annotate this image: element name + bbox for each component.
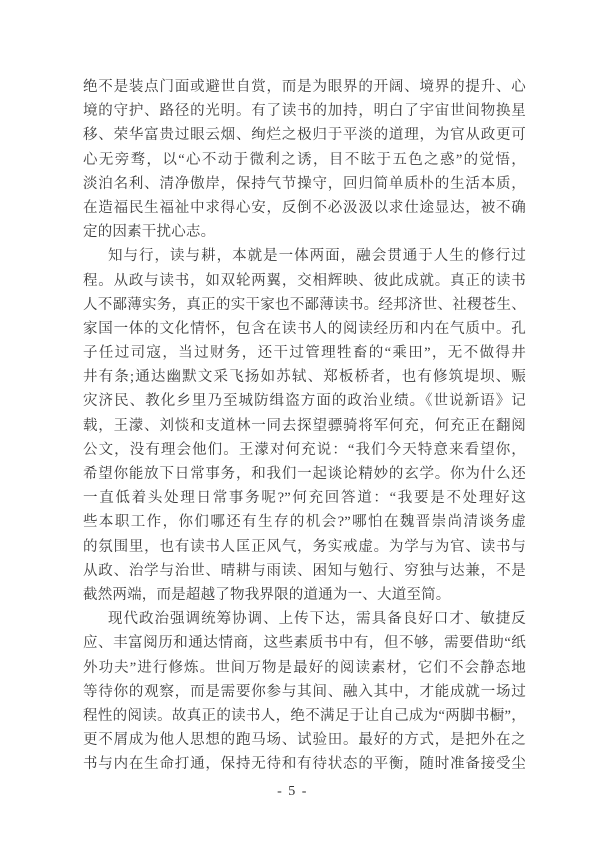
text-line: 截然两端，而是超越了物我界限的道通为一、大道至简。 [83, 583, 526, 607]
text-line: 心无旁骛，以“心不动于微利之诱，目不眩于五色之惑”的觉悟， [83, 148, 526, 172]
text-line: 程性的阅读。故真正的读书人，绝不满足于让自己成为“两脚书橱”， [83, 704, 526, 728]
text-body: 绝不是装点门面或避世自赏，而是为眼界的开阔、境界的提升、心境的守护、路径的光明。… [83, 75, 526, 776]
paragraph: 知与行，读与耕，本就是一体两面，融会贯通于人生的修行过程。从政与读书，如双轮两翼… [83, 244, 526, 607]
page-number: - 5 - [0, 784, 585, 800]
text-line: 境的守护、路径的光明。有了读书的加持，明白了宇宙世间物换星 [83, 99, 526, 123]
text-line: 外功夫”进行修炼。世间万物是最好的阅读素材，它们不会静态地 [83, 656, 526, 680]
text-line: 程。从政与读书，如双轮两翼，交相辉映、彼此成就。真正的读书 [83, 269, 526, 293]
text-line: 人不鄙薄实务，真正的实干家也不鄙薄读书。经邦济世、社稷苍生、 [83, 293, 526, 317]
text-line: 家国一体的文化情怀，包含在读书人的阅读经历和内在气质中。孔 [83, 317, 526, 341]
text-line: 现代政治强调统筹协调、上传下达，需具备良好口才、敏捷反 [83, 607, 526, 631]
text-line: 子任过司寇，当过财务，还干过管理牲畜的“乘田”，无不做得井 [83, 341, 526, 365]
text-line: 些本职工作，你们哪还有生存的机会?”哪怕在魏晋崇尚清谈务虚 [83, 510, 526, 534]
text-line: 淡泊名利、清净傲岸，保持气节操守，回归简单质朴的生活本质， [83, 172, 526, 196]
text-line: 移、荣华富贵过眼云烟、绚烂之极归于平淡的道理，为官从政更可 [83, 123, 526, 147]
document-page: 绝不是装点门面或避世自赏，而是为眼界的开阔、境界的提升、心境的守护、路径的光明。… [0, 0, 600, 849]
text-line: 的氛围里，也有读书人匡正风气，务实戒虚。为学与为官、读书与 [83, 535, 526, 559]
text-line: 载，王濛、刘惔和支道林一同去探望骠骑将军何充，何充正在翻阅 [83, 414, 526, 438]
text-line: 希望你能放下日常事务，和我们一起谈论精妙的玄学。你为什么还 [83, 462, 526, 486]
text-line: 知与行，读与耕，本就是一体两面，融会贯通于人生的修行过 [83, 244, 526, 268]
text-line: 更不屑成为他人思想的跑马场、试验田。最好的方式，是把外在之 [83, 728, 526, 752]
text-line: 定的因素干扰心志。 [83, 220, 526, 244]
text-line: 井有条;通达幽默文采飞扬如苏轼、郑板桥者，也有修筑堤坝、赈 [83, 365, 526, 389]
paragraph: 现代政治强调统筹协调、上传下达，需具备良好口才、敏捷反应、丰富阅历和通达情商，这… [83, 607, 526, 776]
text-line: 一直低着头处理日常事务呢?”何充回答道：“我要是不处理好这 [83, 486, 526, 510]
text-line: 灾济民、教化乡里乃至城防缉盗方面的政治业绩。《世说新语》记 [83, 389, 526, 413]
text-line: 在造福民生福祉中求得心安，反倒不必汲汲以求仕途显达，被不确 [83, 196, 526, 220]
text-line: 书与内在生命打通，保持无待和有待状态的平衡，随时准备接受尘 [83, 752, 526, 776]
text-line: 公文，没有理会他们。王濛对何充说：“我们今天特意来看望你， [83, 438, 526, 462]
paragraph: 绝不是装点门面或避世自赏，而是为眼界的开阔、境界的提升、心境的守护、路径的光明。… [83, 75, 526, 244]
text-line: 应、丰富阅历和通达情商，这些素质书中有，但不够，需要借助“纸 [83, 631, 526, 655]
text-line: 从政、治学与治世、晴耕与雨读、困知与勉行、穷独与达兼，不是 [83, 559, 526, 583]
text-line: 绝不是装点门面或避世自赏，而是为眼界的开阔、境界的提升、心 [83, 75, 526, 99]
text-line: 等待你的观察，而是需要你参与其间、融入其中，才能成就一场过 [83, 680, 526, 704]
